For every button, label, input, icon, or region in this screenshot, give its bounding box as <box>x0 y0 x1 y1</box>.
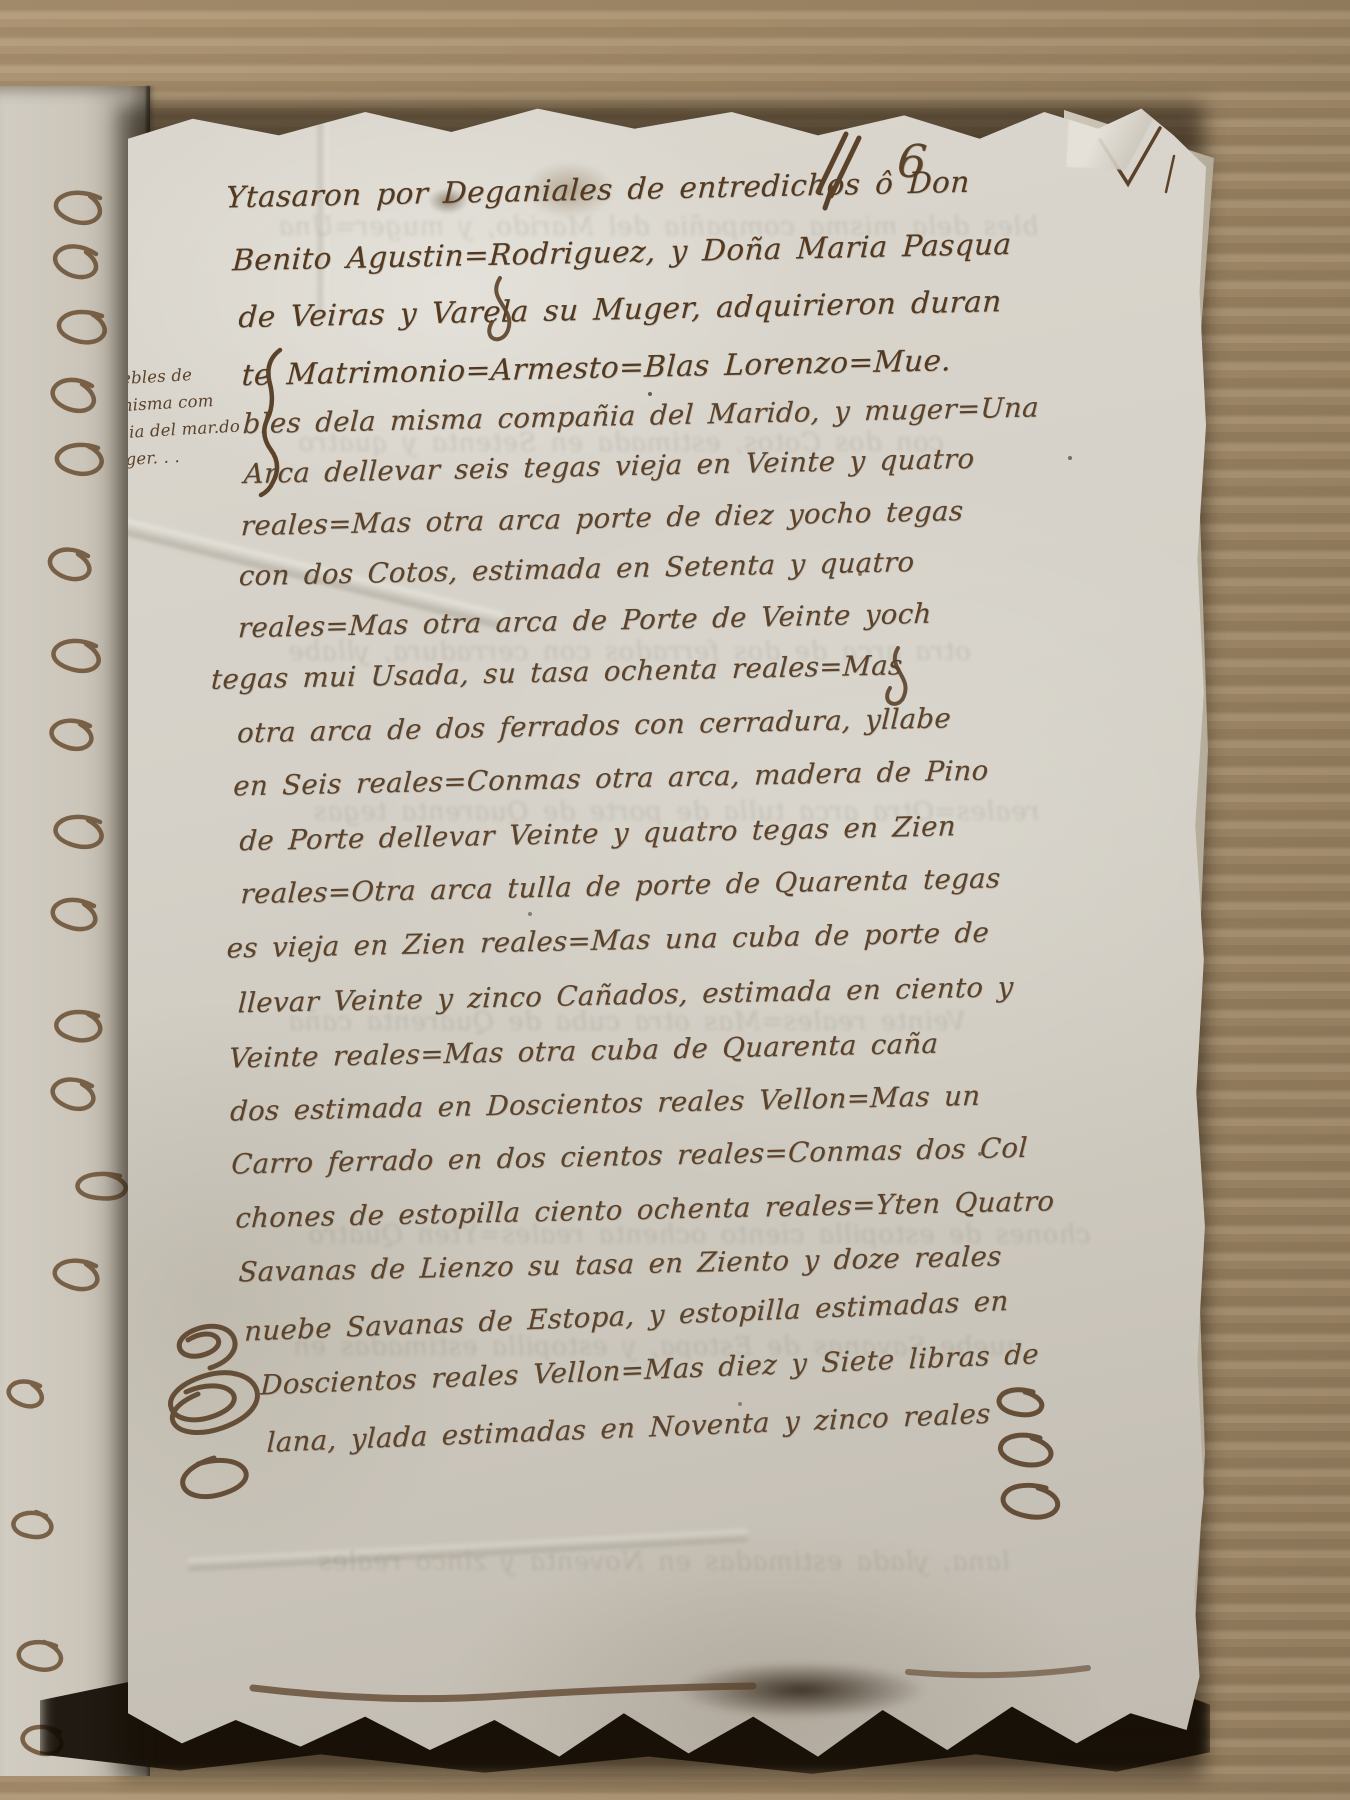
manuscript-photo: bles dela misma compañia del Marido, y m… <box>0 0 1350 1800</box>
manuscript-line: Benito Agustin=Rodriguez, y Doña Maria P… <box>232 227 1013 277</box>
manuscript-line: Carro ferrado en dos cientos reales=Conm… <box>230 1132 1028 1181</box>
manuscript-line: con dos Cotos, estimada en Setenta y qua… <box>238 546 915 592</box>
manuscript-line: reales=Otra arca tulla de porte de Quare… <box>240 862 1002 910</box>
manuscript-text-block: 6 muebles de la misma com pañia del mar.… <box>124 72 1237 1762</box>
manuscript-line: nuebe Savanas de Estopa, y estopilla est… <box>244 1285 1009 1348</box>
manuscript-page: bles dela misma compañia del Marido, y m… <box>128 92 1206 1760</box>
manuscript-line: reales=Mas otra arca porte de diez yocho… <box>240 495 964 542</box>
manuscript-line: Savanas de Lienzo su tasa en Ziento y do… <box>238 1240 1003 1288</box>
manuscript-line: dos estimada en Doscientos reales Vellon… <box>229 1080 981 1128</box>
manuscript-line: tegas mui Usada, su tasa ochenta reales=… <box>210 649 903 696</box>
manuscript-line: Ytasaron por Deganiales de entredichos ô… <box>225 165 970 215</box>
manuscript-line: de Porte dellevar Veinte y quatro tegas … <box>239 810 957 857</box>
manuscript-line: Veinte reales=Mas otra cuba de Quarenta … <box>228 1028 939 1075</box>
manuscript-line: bles dela misma compañia del Marido, y m… <box>242 391 1040 440</box>
manuscript-line: es vieja en Zien reales=Mas una cuba de … <box>226 917 990 965</box>
manuscript-line: lana, ylada estimadas en Noventa y zinco… <box>266 1398 991 1459</box>
manuscript-line: chones de estopilla ciento ochenta reale… <box>235 1185 1056 1234</box>
manuscript-line: reales=Mas otra arca de Porte de Veinte … <box>237 598 932 645</box>
manuscript-line: llevar Veinte y zinco Cañados, estimada … <box>237 971 1014 1019</box>
manuscript-line: te Matrimonio=Armesto=Blas Lorenzo=Mue. <box>241 343 952 392</box>
manuscript-line: Arca dellevar seis tegas vieja en Veinte… <box>243 443 975 490</box>
manuscript-line: en Seis reales=Conmas otra arca, madera … <box>233 755 990 803</box>
manuscript-line: de Veiras y Varela su Muger, adquirieron… <box>238 284 1003 334</box>
manuscript-line: Doscientos reales Vellon=Mas diez y Siet… <box>260 1338 1039 1401</box>
manuscript-line: otra arca de dos ferrados con cerradura,… <box>236 702 951 749</box>
